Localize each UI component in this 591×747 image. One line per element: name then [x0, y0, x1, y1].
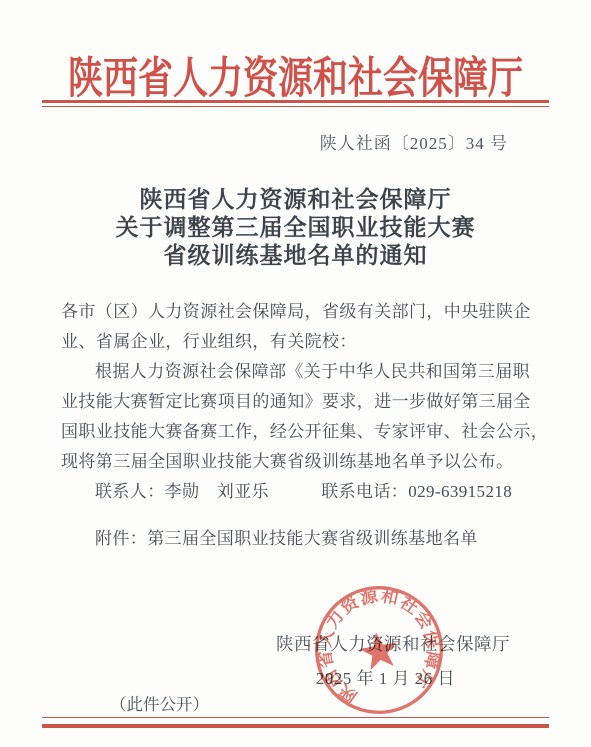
body-line-contact-info: 联系人：李勋 刘亚乐 联系电话：029-63915218	[61, 477, 536, 507]
header-rule-thin	[42, 106, 549, 107]
attachment-reference: 附件：第三届全国职业技能大赛省级训练基地名单	[61, 524, 478, 549]
letterhead-agency-title: 陕西省人力资源和社会保障厅	[0, 44, 591, 107]
body-line-paragraph-1: 根据人力资源社会保障部《关于中华人民共和国第三届职	[61, 357, 536, 387]
seal-graphic: 陕西省人力资源和社会保障厅	[301, 572, 456, 727]
doc-reference-number: 陕人社函〔2025〕34 号	[320, 129, 508, 154]
body-line-salutation-2: 业、省属企业，行业组织，有关院校：	[61, 327, 536, 357]
document-page: 陕西省人力资源和社会保障厅 陕人社函〔2025〕34 号 陕西省人力资源和社会保…	[0, 0, 591, 747]
body-line-paragraph-3: 国职业技能大赛备赛工作，经公开征集、专家评审、社会公示，	[61, 417, 536, 447]
header-rule-thick	[42, 100, 549, 103]
document-title-line-1: 陕西省人力资源和社会保障厅	[0, 186, 591, 214]
document-title-line-2: 关于调整第三届全国职业技能大赛	[0, 214, 591, 242]
body-line-salutation-1: 各市（区）人力资源社会保障局，省级有关部门，中央驻陕企	[61, 297, 536, 327]
document-title-line-3: 省级训练基地名单的通知	[0, 242, 591, 270]
body-line-paragraph-2: 业技能大赛暂定比赛项目的通知》要求，进一步做好第三届全	[61, 387, 536, 417]
public-disclosure-note: （此件公开）	[110, 691, 209, 715]
document-title: 陕西省人力资源和社会保障厅 关于调整第三届全国职业技能大赛 省级训练基地名单的通…	[0, 186, 591, 270]
document-body: 各市（区）人力资源社会保障局，省级有关部门，中央驻陕企 业、省属企业，行业组织，…	[61, 297, 536, 507]
footer-rule-thick	[42, 724, 549, 728]
body-line-paragraph-4: 现将第三届全国职业技能大赛省级训练基地名单予以公布。	[61, 447, 536, 477]
official-seal: 陕西省人力资源和社会保障厅	[301, 572, 456, 727]
footer-rule-thin	[42, 717, 549, 718]
seal-star-icon	[357, 629, 401, 671]
